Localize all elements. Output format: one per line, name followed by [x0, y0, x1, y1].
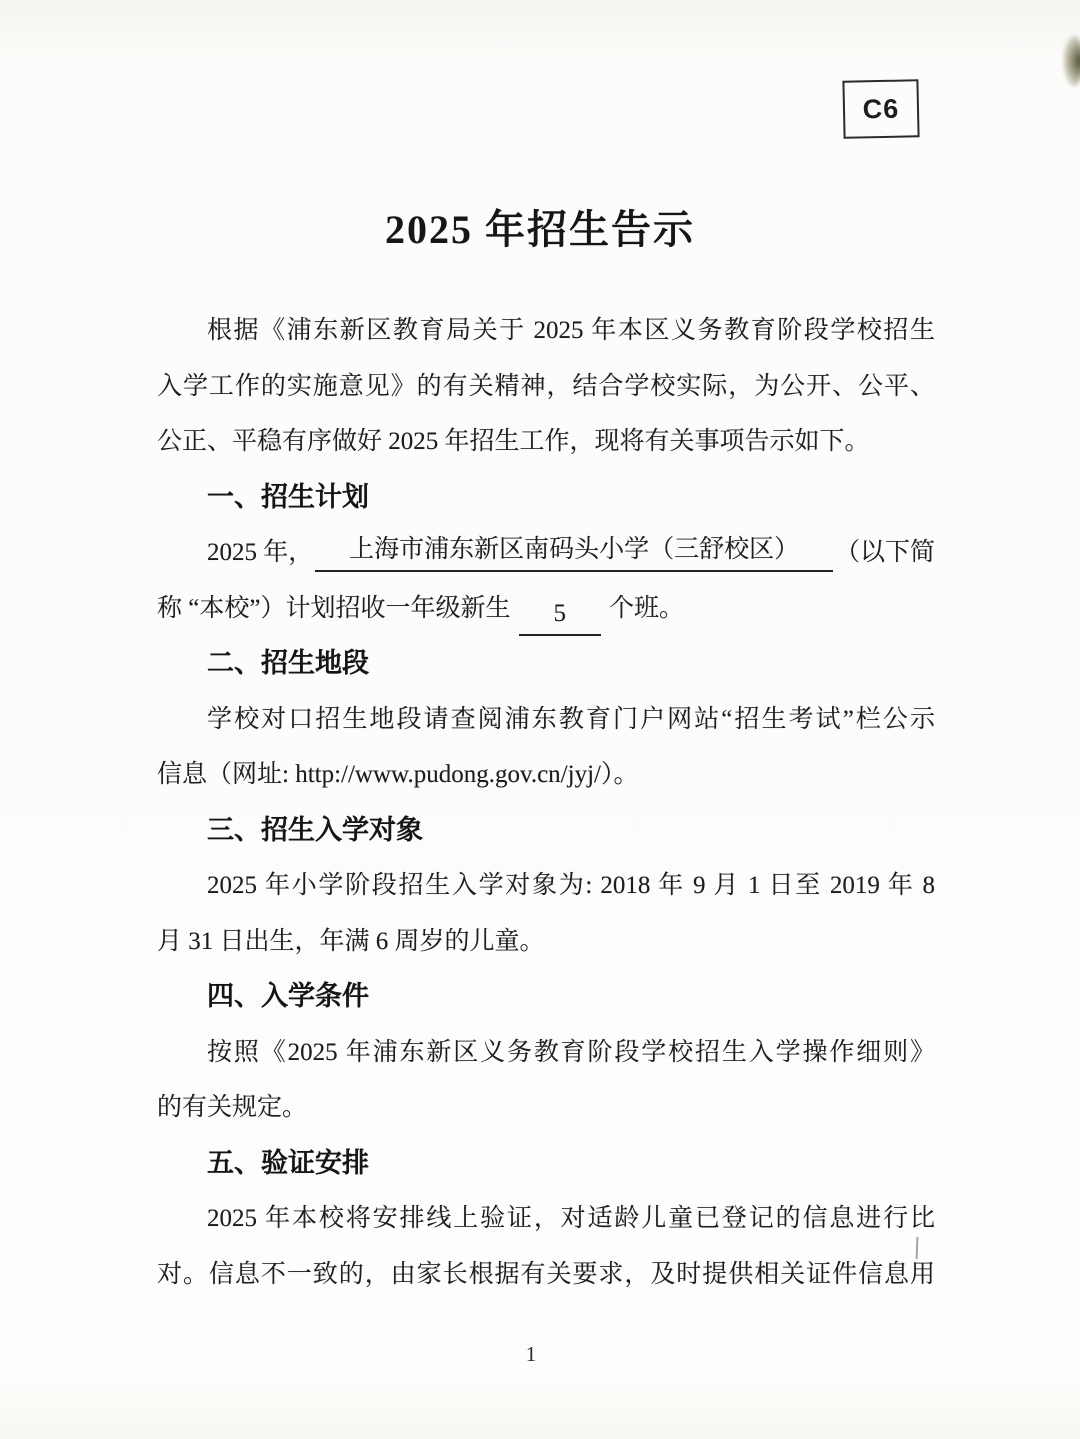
- section-verification-arrangement: 五、验证安排 2025 年本校将安排线上验证，对适龄儿童已登记的信息进行比 对。…: [157, 1136, 935, 1303]
- section-heading: 三、招生入学对象: [157, 803, 935, 859]
- section-admission-conditions: 四、入学条件 按照《2025 年浦东新区义务教育阶段学校招生入学操作细则》 的有…: [157, 969, 935, 1136]
- document-title: 2025 年招生告示: [0, 198, 1080, 255]
- scanned-document-page: { "document": { "corner_code": "C6", "ti…: [0, 0, 1080, 1439]
- section-heading: 一、招生计划: [157, 470, 935, 526]
- school-line-prefix: 2025 年，: [157, 525, 313, 581]
- school-line-suffix: （以下简: [835, 525, 935, 581]
- section-heading: 四、入学条件: [157, 969, 935, 1025]
- body-line: 2025 年本校将安排线上验证，对适龄儿童已登记的信息进行比: [157, 1191, 935, 1247]
- class-line-suffix: 个班。: [609, 595, 684, 622]
- scan-smudge-artifact: [1064, 36, 1080, 86]
- body-line-with-url: 信息（网址: http://www.pudong.gov.cn/jyj/）。: [157, 747, 935, 803]
- class-count-blank: 5: [519, 589, 601, 636]
- body-line: 2025 年小学阶段招生入学对象为: 2018 年 9 月 1 日至 2019 …: [157, 858, 935, 914]
- school-name-blank: 上海市浦东新区南码头小学（三舒校区）: [315, 525, 833, 572]
- document-body: 根据《浦东新区教育局关于 2025 年本区义务教育阶段学校招生 入学工作的实施意…: [157, 303, 935, 1302]
- body-line: 学校对口招生地段请查阅浦东教育门户网站“招生考试”栏公示: [157, 692, 935, 748]
- section-heading: 二、招生地段: [157, 636, 935, 692]
- section-enrollment-area: 二、招生地段 学校对口招生地段请查阅浦东教育门户网站“招生考试”栏公示 信息（网…: [157, 636, 935, 803]
- intro-paragraph: 根据《浦东新区教育局关于 2025 年本区义务教育阶段学校招生 入学工作的实施意…: [157, 303, 935, 470]
- body-line: 按照《2025 年浦东新区义务教育阶段学校招生入学操作细则》: [157, 1025, 935, 1081]
- document-code: C6: [862, 93, 899, 125]
- body-line: 的有关规定。: [157, 1080, 935, 1136]
- section-heading: 五、验证安排: [157, 1136, 935, 1192]
- school-name-line: 2025 年， 上海市浦东新区南码头小学（三舒校区） （以下简: [157, 525, 935, 581]
- body-line: 公正、平稳有序做好 2025 年招生工作，现将有关事项告示如下。: [157, 414, 935, 470]
- class-line-prefix: 称 “本校”）计划招收一年级新生: [157, 595, 510, 622]
- body-line: 对。信息不一致的，由家长根据有关要求，及时提供相关证件信息用: [157, 1247, 935, 1303]
- class-count-line: 称 “本校”）计划招收一年级新生 5 个班。: [157, 581, 935, 637]
- body-line: 月 31 日出生，年满 6 周岁的儿童。: [157, 914, 935, 970]
- section-target-students: 三、招生入学对象 2025 年小学阶段招生入学对象为: 2018 年 9 月 1…: [157, 803, 935, 970]
- body-line: 根据《浦东新区教育局关于 2025 年本区义务教育阶段学校招生: [157, 303, 935, 359]
- page-number: 1: [0, 1342, 1062, 1367]
- section-enrollment-plan: 一、招生计划 2025 年， 上海市浦东新区南码头小学（三舒校区） （以下简 称…: [157, 470, 935, 637]
- document-code-box: C6: [842, 79, 919, 139]
- body-line: 入学工作的实施意见》的有关精神，结合学校实际，为公开、公平、: [157, 359, 935, 415]
